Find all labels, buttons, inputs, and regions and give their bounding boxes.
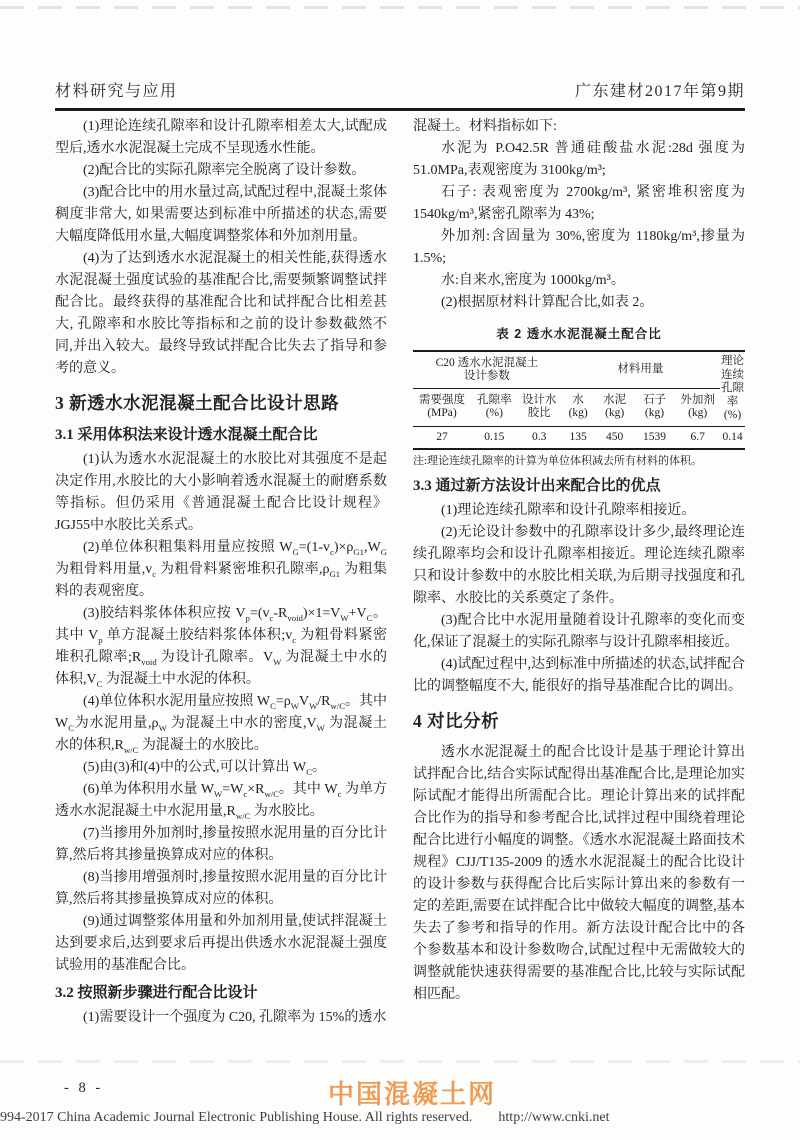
paragraph: (1)认为透水水泥混凝土的水胶比对其强度不是起决定作用,水胶比的大小影响着透水混…	[55, 449, 387, 537]
subsection-heading-3-1: 3.1 采用体积法来设计透水混凝土配合比	[55, 424, 387, 446]
table-data-cell: 0.3	[518, 426, 561, 449]
paragraph: 外加剂:含固量为 30%,密度为 1180kg/m³,掺量为1.5%;	[413, 226, 745, 270]
table-data-cell: 0.14	[720, 426, 745, 449]
section-heading-4: 4 对比分析	[413, 709, 745, 733]
table-header-cell: 外加剂 (kg)	[675, 389, 720, 426]
table-group-theory: 理论连续 孔隙率 (%)	[720, 351, 745, 426]
paragraph: (7)当掺用外加剂时,掺量按照水泥用量的百分比计算,然后将其掺量换算成对应的体积…	[55, 823, 387, 867]
journal-name: 材料研究与应用	[55, 78, 178, 101]
cnki-url: http://www.cnki.net	[498, 1110, 609, 1126]
paragraph: (8)当掺用增强剂时,掺量按照水泥用量的百分比计算,然后将其掺量换算成对应的体积…	[55, 867, 387, 911]
page-number: - 8 -	[64, 1080, 103, 1097]
watermark: 中国混凝土网	[328, 1074, 496, 1111]
issue-label: 广东建材2017年第9期	[575, 78, 745, 101]
table-header-cell: 水 (kg)	[561, 389, 596, 426]
section-heading-3: 3 新透水水泥混凝土配合比设计思路	[55, 391, 387, 415]
paragraph: 混凝土。材料指标如下:	[413, 116, 745, 138]
paragraph: (1)理论连续孔隙率和设计孔隙率相差太大,试配成型后,透水水泥混凝土完成不呈现透…	[55, 116, 387, 160]
scan-noise-top	[0, 6, 800, 9]
two-column-body: (1)理论连续孔隙率和设计孔隙率相差太大,试配成型后,透水水泥混凝土完成不呈现透…	[55, 116, 745, 1029]
paragraph: 透水水泥混凝土的配合比设计是基于理论计算出试拌配合比,结合实际试配得出基准配合比…	[413, 742, 745, 1006]
paragraph: 水泥为 P.O42.5R 普通硅酸盐水泥:28d 强度为51.0MPa,表观密度…	[413, 138, 745, 182]
table-header-cell: 需要强度 (MPa)	[413, 389, 471, 426]
table-title: 表 2 透水水泥混凝土配合比	[413, 323, 745, 345]
table-header-cell: 设计水 胶比	[518, 389, 561, 426]
table-header-cell: 孔隙率 (%)	[471, 389, 517, 426]
paragraph: (4)为了达到透水水泥混凝土的相关性能,获得透水水泥混凝土强度试验的基准配合比,…	[55, 248, 387, 380]
table-data-cell: 6.7	[675, 426, 720, 449]
table-data-cell: 450	[596, 426, 634, 449]
paragraph: (4)单位体积水泥用量应按照 WC=ρWVW/Rw/C。其中 WC为水泥用量,ρ…	[55, 691, 387, 757]
paragraph: (3)配合比中的用水量过高,试配过程中,混凝土浆体稠度非常大, 如果需要达到标准…	[55, 182, 387, 248]
paragraph: (5)由(3)和(4)中的公式,可以计算出 WC。	[55, 757, 387, 779]
table-header-cell: 石子 (kg)	[634, 389, 676, 426]
paragraph: (2)根据原材料计算配合比,如表 2。	[413, 292, 745, 314]
table-data-row: 27 0.15 0.3 135 450 1539 6.7 0.14	[413, 426, 745, 449]
paragraph: 水:自来水,密度为 1000kg/m³。	[413, 270, 745, 292]
paragraph: (6)单为体积用水量 WW=Wc×Rw/C。其中 Wc 为单方透水水泥混凝土中水…	[55, 779, 387, 823]
copyright-line: 994-2017 China Academic Journal Electron…	[0, 1110, 700, 1126]
table-group-materials: 材料用量	[561, 351, 720, 389]
paragraph: (2)单位体积粗集料用量应按照 WG=(1-vc)×ρG1,WG为粗骨料用量,v…	[55, 537, 387, 603]
table-group-row: C20 透水水泥混凝土 设计参数 材料用量 理论连续 孔隙率 (%)	[413, 351, 745, 389]
left-column: (1)理论连续孔隙率和设计孔隙率相差太大,试配成型后,透水水泥混凝土完成不呈现透…	[55, 116, 387, 1029]
paragraph: (3)配合比中水泥用量随着设计孔隙率的变化而变化,保证了混凝土的实际孔隙率与设计…	[413, 610, 745, 654]
paragraph: (2)配合比的实际孔隙率完全脱离了设计参数。	[55, 160, 387, 182]
right-column: 混凝土。材料指标如下: 水泥为 P.O42.5R 普通硅酸盐水泥:28d 强度为…	[413, 116, 745, 1029]
table-data-cell: 1539	[634, 426, 676, 449]
table-data-cell: 0.15	[471, 426, 517, 449]
subsection-heading-3-3: 3.3 通过新方法设计出来配合比的优点	[413, 475, 745, 497]
paragraph: (9)通过调整浆体用量和外加剂用量,使试拌混凝土达到要求后,达到要求后再提出供透…	[55, 911, 387, 977]
mix-proportion-table: C20 透水水泥混凝土 设计参数 材料用量 理论连续 孔隙率 (%) 需要强度 …	[413, 350, 745, 450]
paragraph: (2)无论设计参数中的孔隙率设计多少,最终理论连续孔隙率均会和设计孔隙率相接近。…	[413, 522, 745, 610]
paragraph: (1)需要设计一个强度为 C20, 孔隙率为 15%的透水	[55, 1007, 387, 1029]
copyright-text: 994-2017 China Academic Journal Electron…	[0, 1110, 472, 1126]
table-note: 注:理论连续孔隙率的计算为单位体积减去所有材料的体积。	[413, 454, 745, 468]
paragraph: (3)胶结料浆体体积应按 Vp=(vc-Rvoid)×1=VW+VC。其中 Vp…	[55, 603, 387, 691]
table-subheader-row: 需要强度 (MPa) 孔隙率 (%) 设计水 胶比 水 (kg) 水泥 (kg)…	[413, 389, 745, 426]
table-data-cell: 135	[561, 426, 596, 449]
paragraph: (4)试配过程中,达到标准中所描述的状态,试拌配合比的调整幅度不大, 能很好的指…	[413, 654, 745, 698]
scan-noise-bottom	[0, 1060, 800, 1063]
paragraph: 石子: 表观密度为 2700kg/m³, 紧密堆积密度为1540kg/m³,紧密…	[413, 182, 745, 226]
subsection-heading-3-2: 3.2 按照新步骤进行配合比设计	[55, 982, 387, 1004]
paragraph: (1)理论连续孔隙率和设计孔隙率相接近。	[413, 500, 745, 522]
table-data-cell: 27	[413, 426, 471, 449]
table-group-design: C20 透水水泥混凝土 设计参数	[413, 351, 561, 389]
table-2-block: 表 2 透水水泥混凝土配合比 C20 透水水泥混凝土 设计参数 材料用量 理论连…	[413, 323, 745, 468]
table-header-cell: 水泥 (kg)	[596, 389, 634, 426]
page-header: 材料研究与应用 广东建材2017年第9期	[55, 78, 745, 111]
